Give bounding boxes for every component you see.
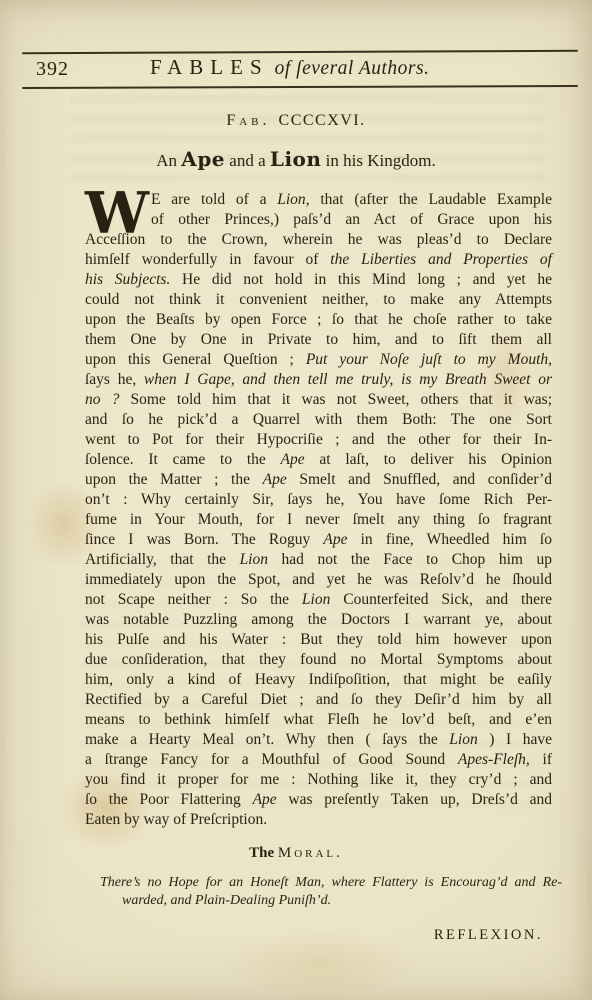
body-line: and ſo he pick’d a Quarrel with them Bot… xyxy=(85,410,552,430)
running-title: FABLES of ſeveral Authors. xyxy=(150,55,429,80)
body-line: could not think it convenient neither, t… xyxy=(85,290,552,310)
body-line: was notable Puzzling among the Doctors I… xyxy=(85,610,552,630)
book-page: 392 FABLES of ſeveral Authors. Fab.CCCCX… xyxy=(0,0,592,1000)
body-line: a ſtrange Fancy for a Mouthful of Good S… xyxy=(85,750,552,770)
body-line: upon the Matter ; the Ape Smelt and Snuf… xyxy=(85,470,552,490)
header-rule-bottom xyxy=(22,85,578,89)
body-line: Acceſſion to the Crown, wherein he was p… xyxy=(85,230,552,250)
body-line: of other Princes,) paſs’d an Act of Grac… xyxy=(85,210,552,230)
running-title-italic: of ſeveral Authors. xyxy=(275,58,430,79)
body-line: fume in Your Mouth, for I never ſmelt an… xyxy=(85,510,552,530)
body-line: upon this General Queſtion ; Put your No… xyxy=(85,350,552,370)
body-line: Rectified by a Careful Diet ; and ſo the… xyxy=(85,690,552,710)
fable-number: CCCCXVI. xyxy=(279,112,366,129)
body-line: them One by One in Private to him, and t… xyxy=(85,330,552,350)
body-line: his Pulſe and his Water : But they told … xyxy=(85,630,552,650)
fable-heading: Fab.CCCCXVI. xyxy=(0,112,592,130)
body-line: Artificially, that the Lion had not the … xyxy=(85,550,552,570)
fable-label: Fab. xyxy=(226,112,270,129)
body-line: ſolence. It came to the Ape at laſt, to … xyxy=(85,450,552,470)
body-line: himſelf wonderfully in favour of the Lib… xyxy=(85,250,552,270)
body-line: due conſideration, that they found no Mo… xyxy=(85,650,552,670)
fable-title: An Ape and a Lion in his Kingdom. xyxy=(0,147,592,171)
moral-line: warded, and Plain-Dealing Puniſh’d. xyxy=(100,892,562,910)
page-stain xyxy=(220,930,420,1000)
blackletter-word: Ape xyxy=(181,147,225,171)
body-line: you find it proper for me : Nothing like… xyxy=(85,770,552,790)
header-rule-top xyxy=(22,50,578,54)
drop-cap: W xyxy=(85,190,151,230)
body-line: make a Hearty Meal on’t. Why then ( ſays… xyxy=(85,730,552,750)
body-line: his Subjects. He did not hold in this Mi… xyxy=(85,270,552,290)
title-text: in his Kingdom. xyxy=(321,151,435,170)
moral-heading-the: The xyxy=(249,845,274,861)
body-line: not Scape neither : So the Lion Counterf… xyxy=(85,590,552,610)
body-line: upon the Beaſts by open Force ; ſo that … xyxy=(85,310,552,330)
body-line: no ? Some told him that it was not Sweet… xyxy=(85,390,552,410)
page-number: 392 xyxy=(36,58,69,81)
body-line: E are told of a Lion, that (after the La… xyxy=(85,190,552,210)
fable-body: W E are told of a Lion, that (after the … xyxy=(85,190,552,830)
blackletter-word: Lion xyxy=(270,147,322,171)
title-text: An xyxy=(156,151,181,170)
moral-heading-word: Moral. xyxy=(278,845,343,861)
moral-heading: The Moral. xyxy=(0,845,592,862)
body-line: him, only a kind of Heavy Indiſpoſition,… xyxy=(85,670,552,690)
body-line: ſince I was Born. The Roguy Ape in fine,… xyxy=(85,530,552,550)
moral-line: There’s no Hope for an Honeſt Man, where… xyxy=(100,874,562,892)
body-line: ſo the Poor Flattering Ape was preſently… xyxy=(85,790,552,810)
body-line: Eaten by way of Preſcription. xyxy=(85,810,552,830)
moral-text: There’s no Hope for an Honeſt Man, where… xyxy=(100,874,562,910)
running-title-caps: FABLES xyxy=(150,55,269,79)
body-line: ſays he, when I Gape, and then tell me t… xyxy=(85,370,552,390)
body-line: means to bethink himſelf what Fleſh he l… xyxy=(85,710,552,730)
body-line: immediately upon the Spot, and yet he wa… xyxy=(85,570,552,590)
catchword: REFLEXION. xyxy=(434,927,543,944)
title-text: and a xyxy=(225,151,270,170)
body-line: went to Pot for their Hypocriſie ; and t… xyxy=(85,430,552,450)
body-line: on’t : Why certainly Sir, ſays he, You h… xyxy=(85,490,552,510)
